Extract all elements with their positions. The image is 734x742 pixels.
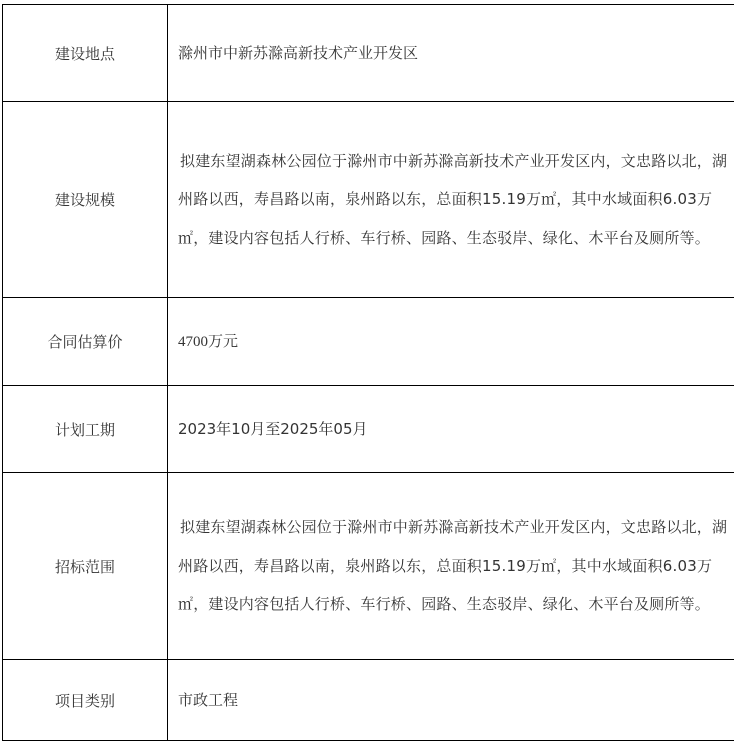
table-row-estimated-price: 合同估算价 4700万元	[3, 298, 734, 386]
row-label: 建设地点	[55, 45, 115, 63]
label-cell: 计划工期	[3, 386, 168, 473]
label-cell: 合同估算价	[3, 298, 168, 386]
value-cell: 滁州市中新苏滁高新技术产业开发区	[168, 5, 734, 102]
value-cell: 4700万元	[168, 298, 734, 386]
row-value: 拟建东望湖森林公园位于滁州市中新苏滁高新技术产业开发区内，文忠路以北，湖州路以西…	[178, 508, 730, 624]
row-label: 建设规模	[55, 191, 115, 209]
row-value: 拟建东望湖森林公园位于滁州市中新苏滁高新技术产业开发区内，文忠路以北，湖州路以西…	[178, 142, 730, 258]
label-cell: 建设地点	[3, 5, 168, 102]
value-cell: 拟建东望湖森林公园位于滁州市中新苏滁高新技术产业开发区内，文忠路以北，湖州路以西…	[168, 102, 734, 298]
row-value: 4700万元	[178, 332, 734, 352]
row-label: 项目类别	[55, 692, 115, 710]
row-value: 2023年10月至2025年05月	[178, 419, 734, 439]
row-label: 合同估算价	[47, 333, 122, 351]
value-cell: 2023年10月至2025年05月	[168, 386, 734, 473]
table-row-scale: 建设规模 拟建东望湖森林公园位于滁州市中新苏滁高新技术产业开发区内，文忠路以北，…	[3, 102, 734, 298]
label-cell: 招标范围	[3, 473, 168, 660]
table-row-location: 建设地点 滁州市中新苏滁高新技术产业开发区	[3, 5, 734, 102]
table-row-schedule: 计划工期 2023年10月至2025年05月	[3, 386, 734, 473]
row-label: 招标范围	[55, 558, 115, 576]
row-value: 市政工程	[178, 690, 734, 710]
row-label: 计划工期	[55, 421, 115, 439]
value-cell: 拟建东望湖森林公园位于滁州市中新苏滁高新技术产业开发区内，文忠路以北，湖州路以西…	[168, 473, 734, 660]
label-cell: 项目类别	[3, 660, 168, 741]
label-cell: 建设规模	[3, 102, 168, 298]
table-row-category: 项目类别 市政工程	[3, 660, 734, 741]
value-cell: 市政工程	[168, 660, 734, 741]
table-row-bid-scope: 招标范围 拟建东望湖森林公园位于滁州市中新苏滁高新技术产业开发区内，文忠路以北，…	[3, 473, 734, 660]
project-info-table: 建设地点 滁州市中新苏滁高新技术产业开发区 建设规模 拟建东望湖森林公园位于滁州…	[2, 4, 734, 741]
row-value: 滁州市中新苏滁高新技术产业开发区	[178, 43, 734, 63]
